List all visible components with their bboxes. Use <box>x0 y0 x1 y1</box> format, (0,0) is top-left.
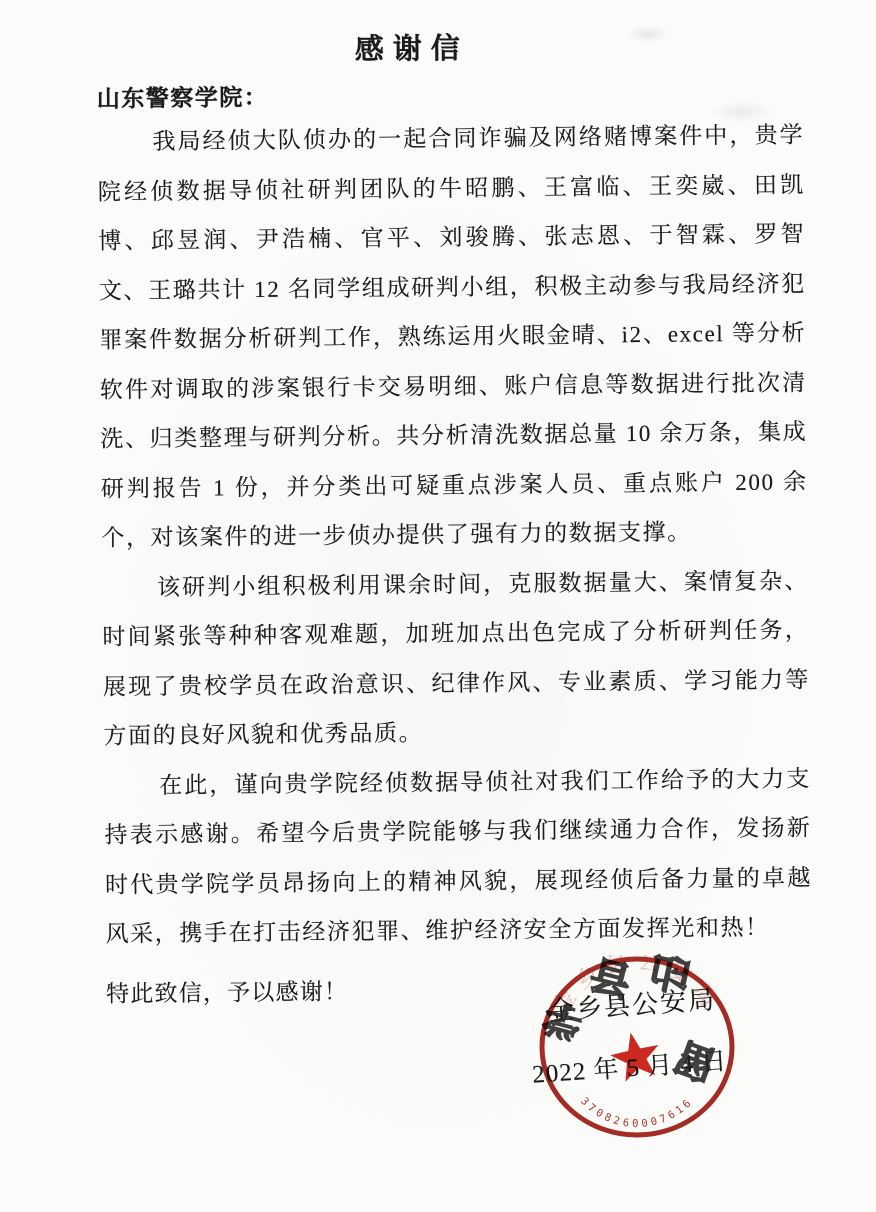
letter-salutation: 山东警察学院： <box>97 73 804 113</box>
letter-paragraph: 在此，谨向贵学院经侦数据导侦社对我们工作给予的大力支持表示感谢。希望今后贵学院能… <box>104 754 813 959</box>
seal-authority-arc: 金乡县公安局 <box>548 955 726 1018</box>
letter-title: 感谢信 <box>58 23 765 71</box>
star-icon <box>606 1027 664 1083</box>
letter-paragraph: 我局经侦大队侦办的一起合同诈骗及网络赌博案件中，贵学院经侦数据导侦社研判团队的牛… <box>97 110 809 563</box>
letter-page: 感谢信 山东警察学院： 我局经侦大队侦办的一起合同诈骗及网络赌博案件中，贵学院经… <box>0 0 876 1212</box>
letter-paragraph: 该研判小组积极利用课余时间，克服数据量大、案情复杂、时间紧张等种种客观难题，加班… <box>102 556 811 761</box>
letter-body: 感谢信 山东警察学院： 我局经侦大队侦办的一起合同诈骗及网络赌博案件中，贵学院经… <box>96 18 813 1018</box>
official-seal: 金乡县公安局 3708260007616 <box>537 955 737 1141</box>
official-seal-graphic: 金乡县公安局 3708260007616 <box>537 955 737 1141</box>
